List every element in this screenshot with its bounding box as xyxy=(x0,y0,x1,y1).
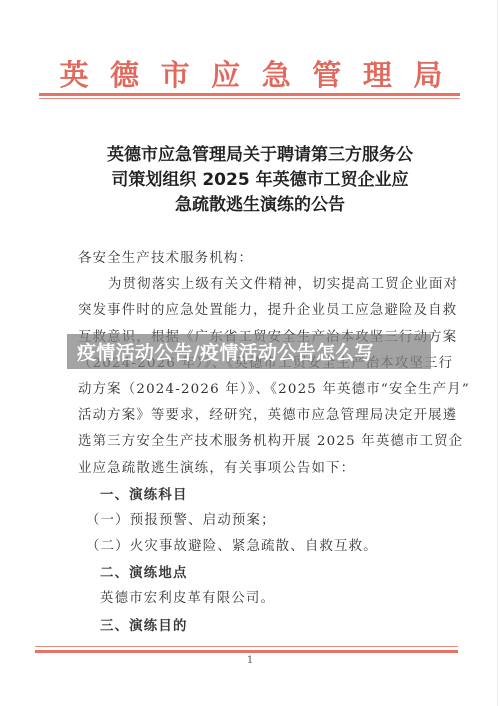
paragraph-line: 业应急疏散逃生演练，有关事项公告如下： xyxy=(78,456,458,482)
page-edge-divider xyxy=(497,0,498,706)
document-page: 英 德 市 应 急 管 理 局 英德市应急管理局关于聘请第三方服务公 司策划组织… xyxy=(0,0,500,706)
paragraph-line: 突发事件时的应急处置能力，提升企业员工应急避险及自救 xyxy=(78,298,458,324)
section-heading-1: 一、演练科目 xyxy=(78,482,458,508)
masthead-rule-thin xyxy=(39,98,460,99)
masthead-char: 英 xyxy=(58,53,90,94)
footer-rule-thin xyxy=(35,646,458,647)
paragraph-line: 动方案（2024-2026 年）》、《2025 年英德市“安全生产月” xyxy=(78,377,458,403)
notice-title-line: 司策划组织 2025 年英德市工贸企业应 xyxy=(60,168,460,193)
masthead-red-header: 英 德 市 应 急 管 理 局 xyxy=(58,55,444,91)
notice-title-line: 急疏散逃生演练的公告 xyxy=(60,193,460,218)
notice-title: 英德市应急管理局关于聘请第三方服务公 司策划组织 2025 年英德市工贸企业应 … xyxy=(60,143,460,218)
footer-rule-thick xyxy=(35,650,458,653)
section-item: （一）预报预警、启动预案； xyxy=(78,508,458,534)
salutation: 各安全生产技术服务机构： xyxy=(78,246,458,272)
masthead-char: 德 xyxy=(109,53,141,94)
notice-title-line: 英德市应急管理局关于聘请第三方服务公 xyxy=(60,143,460,168)
masthead-char: 管 xyxy=(311,53,343,94)
overlay-caption-banner: 疫情活动公告/疫情活动公告怎么写 xyxy=(67,334,431,369)
section-heading-3: 三、演练目的 xyxy=(78,613,458,639)
paragraph-line: 选第三方安全生产技术服务机构开展 2025 年英德市工贸企 xyxy=(78,429,458,455)
section-heading-2: 二、演练地点 xyxy=(78,560,458,586)
notice-body: 各安全生产技术服务机构： 为贯彻落实上级有关文件精神，切实提高工贸企业面对 突发… xyxy=(78,246,458,639)
masthead-char: 市 xyxy=(159,53,191,94)
page-number: 1 xyxy=(244,655,256,666)
masthead-char: 局 xyxy=(412,53,444,94)
section-item: 英德市宏利皮革有限公司。 xyxy=(78,586,458,612)
paragraph-line: 活动方案》等要求，经研究，英德市应急管理局决定开展遴 xyxy=(78,403,458,429)
masthead-char: 应 xyxy=(210,53,242,94)
paragraph-line: 为贯彻落实上级有关文件精神，切实提高工贸企业面对 xyxy=(78,272,458,298)
masthead-rule-thick xyxy=(39,93,460,96)
section-item: （二）火灾事故避险、紧急疏散、自救互救。 xyxy=(78,534,458,560)
overlay-caption-text: 疫情活动公告/疫情活动公告怎么写 xyxy=(77,338,374,365)
masthead-char: 急 xyxy=(260,53,292,94)
masthead-char: 理 xyxy=(361,53,393,94)
